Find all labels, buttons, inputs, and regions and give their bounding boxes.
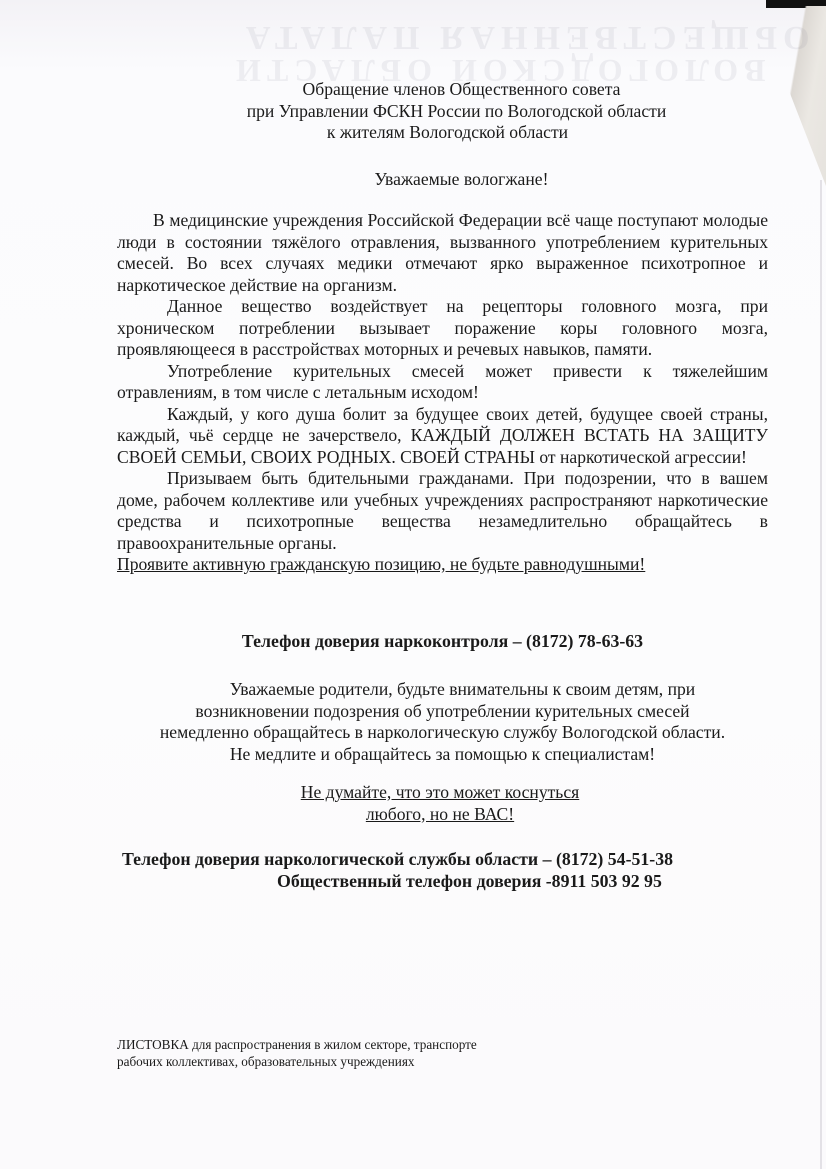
parents-line: возникновении подозрения об употреблении… (117, 701, 768, 723)
leaflet-line: рабочих коллективах, образовательных учр… (117, 1053, 557, 1070)
hotline-block: Телефон доверия наркологической службы о… (122, 849, 802, 892)
parents-appeal: Уважаемые родители, будьте внимательны к… (117, 679, 768, 765)
paragraph: В медицинские учреждения Российской Феде… (117, 210, 768, 296)
hotline-text: Телефон доверия наркоконтроля – (8172) 7… (117, 631, 768, 653)
paragraph: Каждый, у кого душа болит за будущее сво… (117, 404, 768, 469)
paragraph: Данное вещество воздействует на рецептор… (117, 296, 768, 361)
paragraph: Употребление курительных смесей может пр… (117, 361, 768, 404)
scanned-page: ОБЩЕСТВЕННАЯ ПАЛАТА ВОЛОГОДСКОЙ ОБЛАСТИ … (0, 0, 826, 1169)
hotline-narcocontrol: Телефон доверия наркоконтроля – (8172) 7… (117, 631, 768, 653)
bleed-through-text: ОБЩЕСТВЕННАЯ ПАЛАТА (240, 18, 809, 56)
leaflet-line: ЛИСТОВКА для распространения в жилом сек… (117, 1036, 557, 1053)
parents-line: Уважаемые родители, будьте внимательны к… (117, 679, 768, 701)
public-hotline: Общественный телефон доверия -8911 503 9… (122, 871, 802, 893)
warning-line: Не думайте, что это может коснуться (240, 782, 640, 804)
title-line: Обращение членов Общественного совета (117, 79, 768, 101)
leaflet-note: ЛИСТОВКА для распространения в жилом сек… (117, 1036, 557, 1070)
warning: Не думайте, что это может коснуться любо… (240, 782, 640, 825)
parents-line: Не медлите и обращайтесь за помощью к сп… (117, 744, 768, 766)
hotline-narcology: Телефон доверия наркологической службы о… (122, 849, 802, 871)
parents-line: немедленно обращайтесь в наркологическую… (117, 722, 768, 744)
title-line: при Управлении ФСКН России по Вологодско… (117, 101, 768, 123)
warning-line: любого, но не ВАС! (240, 804, 640, 826)
call-to-action: Проявите активную гражданскую позицию, н… (117, 554, 768, 576)
paragraph: Призываем быть бдительными гражданами. П… (117, 468, 768, 554)
document-title: Обращение членов Общественного совета пр… (117, 79, 768, 144)
title-line: к жителям Вологодской области (117, 122, 768, 144)
greeting: Уважаемые вологжане! (117, 169, 768, 191)
body-text: В медицинские учреждения Российской Феде… (117, 210, 768, 576)
page-edge (820, 180, 822, 1169)
greeting-text: Уважаемые вологжане! (117, 169, 768, 191)
